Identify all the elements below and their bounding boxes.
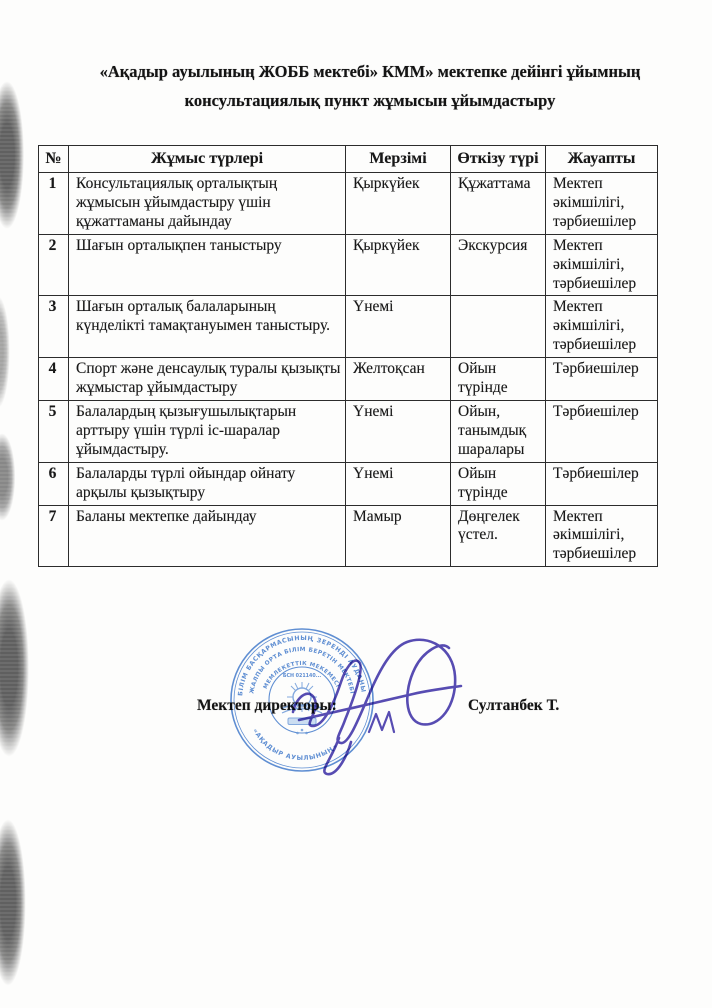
cell-work-type: Шағын орталықпен таныстыру [69, 234, 346, 296]
scan-artifact-smudge [0, 790, 32, 1008]
cell-format: Ойын түрінде [451, 462, 546, 505]
scanned-document-page: «Ақадыр ауылының ЖОББ мектебі» КММ» мект… [0, 0, 712, 1008]
cell-number: 5 [39, 400, 69, 462]
cell-responsible: Мектеп әкімшілігі, тәрбиешілер [546, 234, 658, 296]
table-row: 6 Балаларды түрлі ойындар ойнату арқылы … [39, 462, 658, 505]
scan-artifact-smudge [0, 276, 14, 428]
work-plan-table: № Жұмыс түрлері Мерзімі Өткізу түрі Жауа… [38, 145, 658, 567]
table-row: 5 Балалардың қызығушылықтарын арттыру үш… [39, 400, 658, 462]
cell-format [451, 296, 546, 358]
cell-work-type: Баланы мектепке дайындау [69, 505, 346, 567]
cell-format: Ойын, танымдық шаралары [451, 400, 546, 462]
col-header-number: № [39, 146, 69, 173]
col-header-work-types: Жұмыс түрлері [69, 146, 346, 173]
cell-term: Мамыр [346, 505, 451, 567]
cell-work-type: Консультациялық орталықтың жұмысын ұйымд… [69, 173, 346, 235]
cell-term: Үнемі [346, 296, 451, 358]
cell-term: Қыркүйек [346, 234, 451, 296]
col-header-term: Мерзімі [346, 146, 451, 173]
cell-work-type: Балаларды түрлі ойындар ойнату арқылы қы… [69, 462, 346, 505]
cell-number: 1 [39, 173, 69, 235]
scan-artifact-smudge [0, 418, 20, 536]
cell-format: Құжаттама [451, 173, 546, 235]
col-header-responsible: Жауапты [546, 146, 658, 173]
cell-responsible: Мектеп әкімшілігі, тәрбиешілер [546, 173, 658, 235]
scan-artifact-smudge [0, 548, 36, 788]
cell-work-type: Шағын орталық балаларының күнделікті там… [69, 296, 346, 358]
table-row: 1 Консультациялық орталықтың жұмысын ұйы… [39, 173, 658, 235]
cell-responsible: Тәрбиешілер [546, 400, 658, 462]
table-header-row: № Жұмыс түрлері Мерзімі Өткізу түрі Жауа… [39, 146, 658, 173]
cell-number: 3 [39, 296, 69, 358]
signature-m-mark [369, 712, 394, 732]
cell-term: Желтоқсан [346, 358, 451, 401]
title-line-1: «Ақадыр ауылының ЖОББ мектебі» КММ» мект… [60, 58, 680, 87]
table-row: 7 Баланы мектепке дайындау Мамыр Дөңгеле… [39, 505, 658, 567]
table-row: 4 Спорт және денсаулық туралы қызықты жұ… [39, 358, 658, 401]
cell-format: Дөңгелек үстел. [451, 505, 546, 567]
cell-responsible: Тәрбиешілер [546, 358, 658, 401]
table-row: 3 Шағын орталық балаларының күнделікті т… [39, 296, 658, 358]
document-title: «Ақадыр ауылының ЖОББ мектебі» КММ» мект… [60, 58, 680, 116]
cell-term: Үнемі [346, 400, 451, 462]
cell-term: Үнемі [346, 462, 451, 505]
title-line-2: консультациялық пункт жұмысын ұйымдастыр… [60, 87, 680, 116]
cell-number: 7 [39, 505, 69, 567]
signature-cross-stroke [299, 686, 461, 720]
cell-number: 6 [39, 462, 69, 505]
cell-responsible: Мектеп әкімшілігі, тәрбиешілер [546, 296, 658, 358]
cell-number: 2 [39, 234, 69, 296]
cell-work-type: Балалардың қызығушылықтарын арттыру үшін… [69, 400, 346, 462]
cell-number: 4 [39, 358, 69, 401]
cell-format: Экскурсия [451, 234, 546, 296]
cell-responsible: Мектеп әкімшілігі, тәрбиешілер [546, 505, 658, 567]
table-row: 2 Шағын орталықпен таныстыру Қыркүйек Эк… [39, 234, 658, 296]
col-header-format: Өткізу түрі [451, 146, 546, 173]
cell-responsible: Тәрбиешілер [546, 462, 658, 505]
cell-format: Ойын түрінде [451, 358, 546, 401]
cell-term: Қыркүйек [346, 173, 451, 235]
director-signature [283, 620, 483, 780]
scan-artifact-smudge [0, 55, 30, 255]
signature-descender-stroke [324, 738, 351, 774]
cell-work-type: Спорт және денсаулық туралы қызықты жұмы… [69, 358, 346, 401]
